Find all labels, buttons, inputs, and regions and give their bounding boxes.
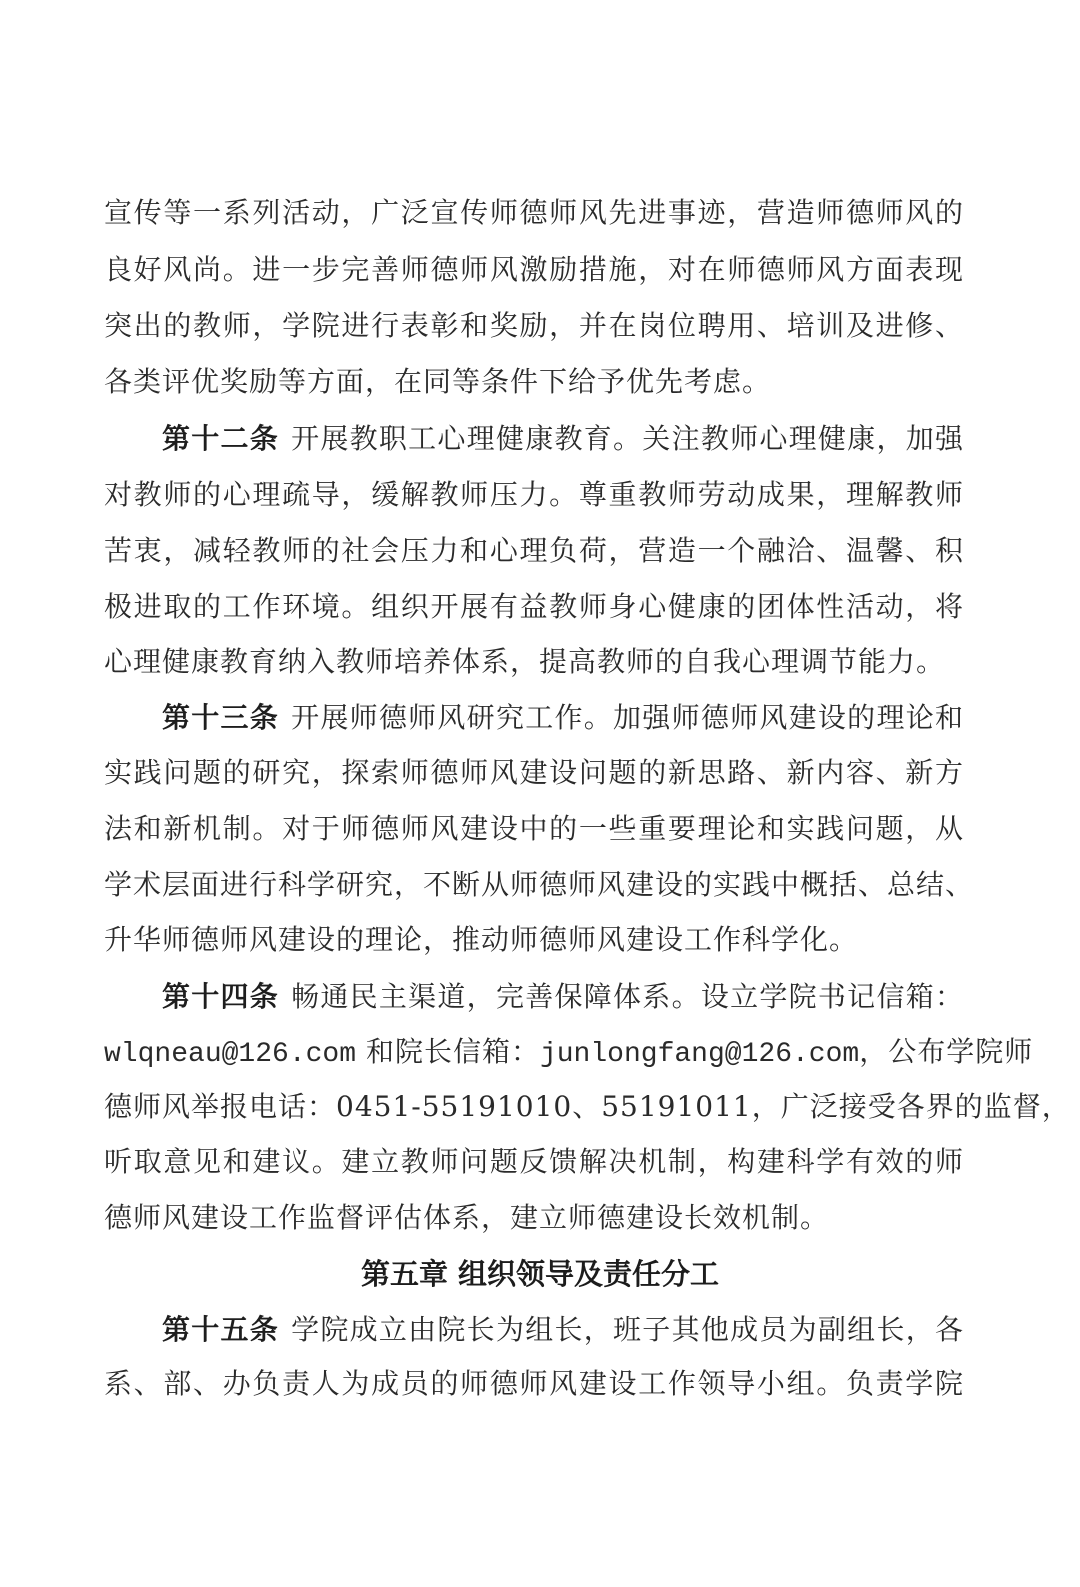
article-number: 第十五条 xyxy=(162,1313,279,1346)
text-span: ，公布学院师 xyxy=(859,1035,1033,1068)
secretary-email-link[interactable]: wlqneau@126.com xyxy=(104,1039,356,1070)
text-span: 畅通民主渠道，完善保障体系。设立学院书记信箱： xyxy=(291,980,964,1013)
text-line: 各类评优奖励等方面，在同等条件下给予优先考虑。 xyxy=(104,362,964,402)
text-line: 德师风举报电话：0451-55191010、55191011，广泛接受各界的监督… xyxy=(104,1087,964,1127)
email-line: wlqneau@126.com 和院长信箱：junlongfang@126.co… xyxy=(104,1032,964,1072)
text-span: 和院长信箱： xyxy=(356,1035,540,1068)
text-line: 升华师德师风建设的理论，推动师德师风建设工作科学化。 xyxy=(104,920,964,960)
chapter-heading: 第五章 组织领导及责任分工 xyxy=(0,1254,1080,1294)
text-line: 对教师的心理疏导，缓解教师压力。尊重教师劳动成果，理解教师 xyxy=(104,475,964,515)
text-line: 良好风尚。进一步完善师德师风激励措施，对在师德师风方面表现 xyxy=(104,250,964,290)
text-line: 心理健康教育纳入教师培养体系，提高教师的自我心理调节能力。 xyxy=(104,642,964,682)
text-line: 实践问题的研究，探索师德师风建设问题的新思路、新内容、新方 xyxy=(104,753,964,793)
text-line: 苦衷，减轻教师的社会压力和心理负荷，营造一个融洽、温馨、积 xyxy=(104,531,964,571)
document-page: 宣传等一系列活动，广泛宣传师德师风先进事迹，营造师德师风的 良好风尚。进一步完善… xyxy=(0,0,1080,1587)
article-number: 第十三条 xyxy=(162,701,279,734)
article-12-first-line: 第十二条开展教职工心理健康教育。关注教师心理健康，加强 xyxy=(104,419,964,459)
article-number: 第十四条 xyxy=(162,980,279,1013)
article-number: 第十二条 xyxy=(162,422,279,455)
text-line: 系、部、办负责人为成员的师德师风建设工作领导小组。负责学院 xyxy=(104,1364,964,1404)
text-span: 学院成立由院长为组长，班子其他成员为副组长，各 xyxy=(291,1313,964,1346)
article-13-first-line: 第十三条开展师德师风研究工作。加强师德师风建设的理论和 xyxy=(104,698,964,738)
text-line: 听取意见和建议。建立教师问题反馈解决机制，构建科学有效的师 xyxy=(104,1142,964,1182)
text-line: 极进取的工作环境。组织开展有益教师身心健康的团体性活动，将 xyxy=(104,587,964,627)
text-line: 突出的教师，学院进行表彰和奖励，并在岗位聘用、培训及进修、 xyxy=(104,306,964,346)
text-line: 学术层面进行科学研究，不断从师德师风建设的实践中概括、总结、 xyxy=(104,865,964,905)
text-span: 开展师德师风研究工作。加强师德师风建设的理论和 xyxy=(291,701,964,734)
article-14-first-line: 第十四条畅通民主渠道，完善保障体系。设立学院书记信箱： xyxy=(104,977,964,1017)
text-line: 宣传等一系列活动，广泛宣传师德师风先进事迹，营造师德师风的 xyxy=(104,193,964,233)
article-15-first-line: 第十五条学院成立由院长为组长，班子其他成员为副组长，各 xyxy=(104,1310,964,1350)
text-span: 开展教职工心理健康教育。关注教师心理健康，加强 xyxy=(291,422,964,455)
text-line: 法和新机制。对于师德师风建设中的一些重要理论和实践问题，从 xyxy=(104,809,964,849)
dean-email-link[interactable]: junlongfang@126.com xyxy=(540,1039,859,1070)
text-line: 德师风建设工作监督评估体系，建立师德建设长效机制。 xyxy=(104,1198,964,1238)
